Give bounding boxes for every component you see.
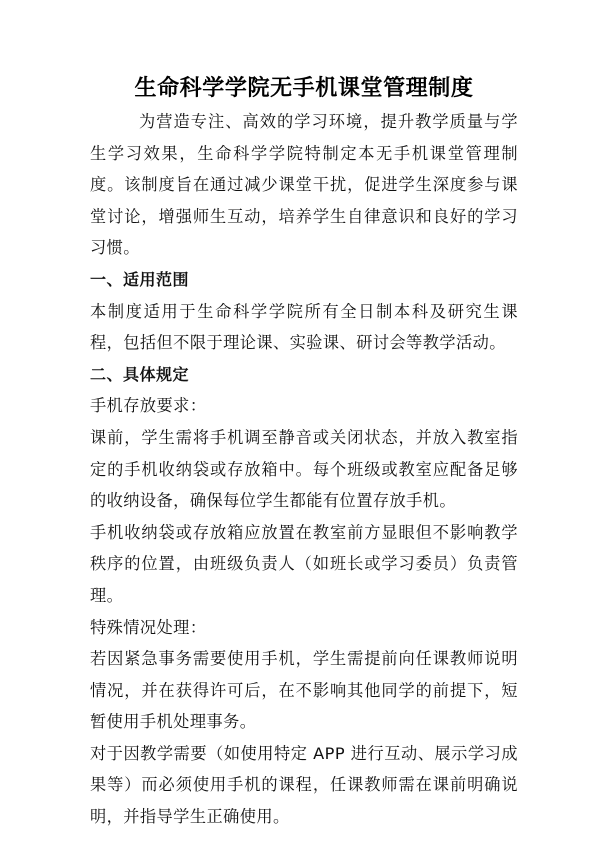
- subheading-special-cases: 特殊情况处理：: [90, 612, 518, 644]
- subheading-phone-storage: 手机存放要求：: [90, 390, 518, 422]
- special-case-paragraph-2: 对于因教学需要（如使用特定 APP 进行互动、展示学习成果等）而必须使用手机的课…: [90, 738, 518, 833]
- document-title: 生命科学学院无手机课堂管理制度: [90, 72, 518, 106]
- storage-rule-paragraph-2: 手机收纳袋或存放箱应放置在教室前方显眼但不影响教学秩序的位置，由班级负责人（如班…: [90, 517, 518, 612]
- storage-rule-paragraph-1: 课前，学生需将手机调至静音或关闭状态，并放入教室指定的手机收纳袋或存放箱中。每个…: [90, 422, 518, 517]
- special-case-paragraph-1: 若因紧急事务需要使用手机，学生需提前向任课教师说明情况，并在获得许可后，在不影响…: [90, 643, 518, 738]
- section-heading-scope: 一、适用范围: [90, 264, 518, 296]
- document-page: 生命科学学院无手机课堂管理制度 为营造专注、高效的学习环境，提升教学质量与学生学…: [90, 72, 518, 833]
- scope-paragraph: 本制度适用于生命科学学院所有全日制本科及研究生课程，包括但不限于理论课、实验课、…: [90, 296, 518, 359]
- intro-paragraph: 为营造专注、高效的学习环境，提升教学质量与学生学习效果，生命科学学院特制定本无手…: [90, 106, 518, 264]
- section-heading-rules: 二、具体规定: [90, 359, 518, 391]
